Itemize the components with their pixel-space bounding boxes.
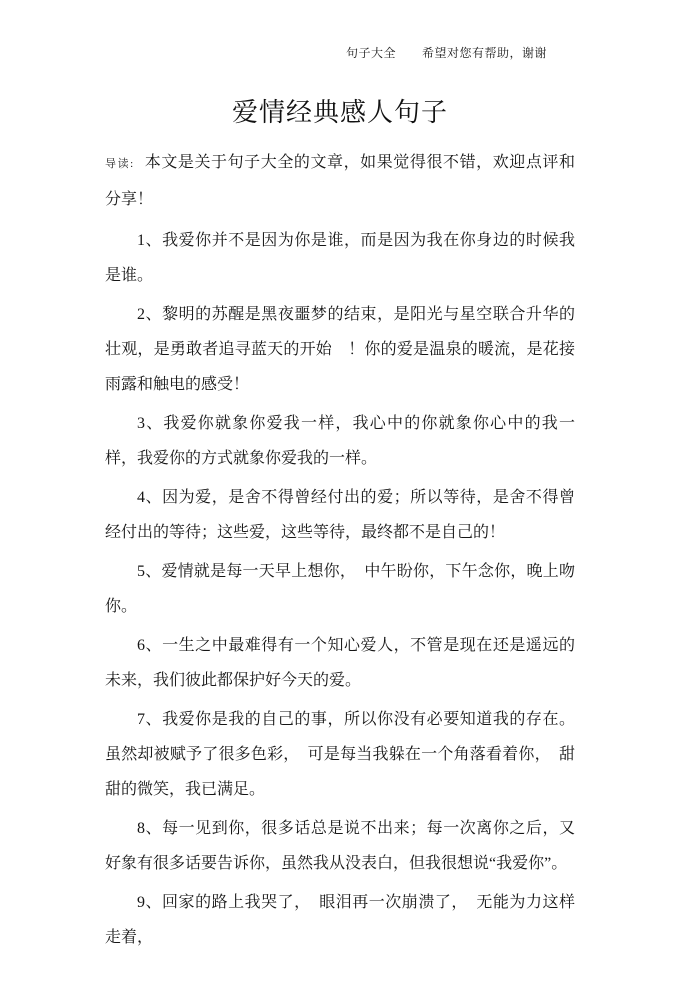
intro-label: 导读: xyxy=(105,158,134,170)
sentence-paragraph: 8、每一见到你，很多话总是说不出来；每一次离你之后，又好象有很多话要告诉你，虽然… xyxy=(105,811,575,881)
header-site-name: 句子大全 xyxy=(346,46,396,60)
document-page: 句子大全希望对您有帮助，谢谢 爱情经典感人句子 导读:本文是关于句子大全的文章，… xyxy=(0,0,700,991)
paragraph-list: 1、我爱你并不是因为你是谁，而是因为我在你身边的时候我是谁。2、黎明的苏醒是黑夜… xyxy=(105,223,575,955)
sentence-paragraph: 5、爱情就是每一天早上想你， 中午盼你，下午念你，晚上吻你。 xyxy=(105,554,575,624)
sentence-paragraph: 4、因为爱，是舍不得曾经付出的爱；所以等待，是舍不得曾经付出的等待；这些爱，这些… xyxy=(105,480,575,550)
intro-paragraph: 导读:本文是关于句子大全的文章，如果觉得很不错，欢迎点评和分享！ xyxy=(105,145,575,217)
page-header: 句子大全希望对您有帮助，谢谢 xyxy=(105,45,575,61)
sentence-paragraph: 9、回家的路上我哭了， 眼泪再一次崩溃了， 无能为力这样走着， xyxy=(105,885,575,955)
sentence-paragraph: 6、一生之中最难得有一个知心爱人，不管是现在还是遥远的未来，我们彼此都保护好今天… xyxy=(105,628,575,698)
page-title: 爱情经典感人句子 xyxy=(105,94,575,132)
sentence-paragraph: 7、我爱你是我的自己的事，所以你没有必要知道我的存在。虽然却被赋予了很多色彩， … xyxy=(105,702,575,807)
sentence-paragraph: 3、我爱你就象你爱我一样，我心中的你就象你心中的我一样，我爱你的方式就象你爱我的… xyxy=(105,406,575,476)
sentence-paragraph: 2、黎明的苏醒是黑夜噩梦的结束，是阳光与星空联合升华的壮观，是勇敢者追寻蓝天的开… xyxy=(105,297,575,402)
document-body: 导读:本文是关于句子大全的文章，如果觉得很不错，欢迎点评和分享！ 1、我爱你并不… xyxy=(105,145,575,955)
sentence-paragraph: 1、我爱你并不是因为你是谁，而是因为我在你身边的时候我是谁。 xyxy=(105,223,575,293)
header-note: 希望对您有帮助，谢谢 xyxy=(422,46,547,60)
intro-text: 本文是关于句子大全的文章，如果觉得很不错，欢迎点评和分享！ xyxy=(105,154,575,208)
